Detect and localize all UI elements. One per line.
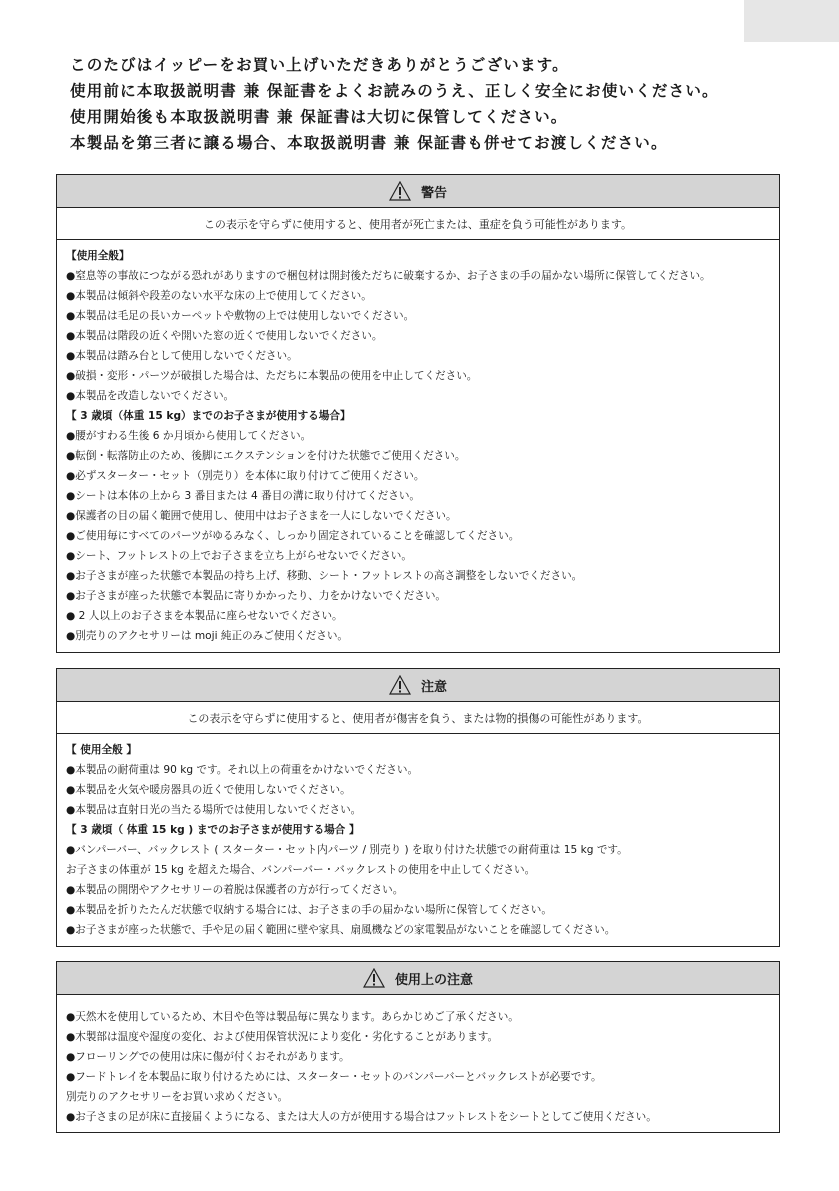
warning-triangle-icon — [389, 181, 411, 201]
list-item: ●フードトレイを本製品に取り付けるためには、スターター・セットのバンパーバーとバ… — [66, 1067, 779, 1087]
warning-header: 警告 — [57, 175, 779, 208]
list-item: ●本製品を改造しないでください。 — [66, 386, 779, 406]
list-item: ●本製品は毛足の長いカーペットや敷物の上では使用しないでください。 — [66, 306, 779, 326]
list-item: ●本製品の耐荷重は 90 kg です。それ以上の荷重をかけないでください。 — [66, 760, 779, 780]
list-item: ●本製品は傾斜や段差のない水平な床の上で使用してください。 — [66, 286, 779, 306]
list-item: ●転倒・転落防止のため、後脚にエクステンションを付けた状態でご使用ください。 — [66, 446, 779, 466]
list-item: ● 2 人以上のお子さまを本製品に座らせないでください。 — [66, 606, 779, 626]
list-item: ●本製品の開閉やアクセサリーの着脱は保護者の方が行ってください。 — [66, 880, 779, 900]
caution-subtitle: この表示を守らずに使用すると、使用者が傷害を負う、または物的損傷の可能性がありま… — [57, 702, 779, 734]
list-item: ●本製品は踏み台として使用しないでください。 — [66, 346, 779, 366]
warning-subtitle: この表示を守らずに使用すると、使用者が死亡または、重症を負う可能性があります。 — [57, 208, 779, 240]
list-item: ●ご使用毎にすべてのパーツがゆるみなく、しっかり固定されていることを確認してくだ… — [66, 526, 779, 546]
list-item: ●保護者の目の届く範囲で使用し、使用中はお子さまを一人にしないでください。 — [66, 506, 779, 526]
section-heading: 【 使用全般 】 — [66, 740, 779, 760]
warning-body: 【使用全般】●窒息等の事故につながる恐れがありますので梱包材は開封後ただちに破棄… — [57, 240, 779, 646]
intro-line: 使用前に本取扱説明書 兼 保証書をよくお読みのうえ、正しく安全にお使いください。 — [70, 78, 810, 104]
list-item: ●バンパーバー、バックレスト ( スターター・セット内パーツ / 別売り ) を… — [66, 840, 779, 860]
list-item: ●お子さまが座った状態で本製品の持ち上げ、移動、シート・フットレストの高さ調整を… — [66, 566, 779, 586]
section-heading: 【使用全般】 — [66, 246, 779, 266]
usage-notes-body: ●天然木を使用しているため、木目や色等は製品毎に異なります。あらかじめご了承くだ… — [57, 995, 779, 1127]
page-corner-tab — [744, 0, 839, 42]
warning-title: 警告 — [421, 182, 447, 201]
caution-box: 注意 この表示を守らずに使用すると、使用者が傷害を負う、または物的損傷の可能性が… — [56, 668, 780, 947]
section-heading: 【 3 歳頃（体重 15 kg）までのお子さまが使用する場合】 — [66, 406, 779, 426]
warning-triangle-icon — [363, 968, 385, 988]
usage-notes-box: 使用上の注意 ●天然木を使用しているため、木目や色等は製品毎に異なります。あらか… — [56, 961, 780, 1133]
list-item: ●破損・変形・パーツが破損した場合は、ただちに本製品の使用を中止してください。 — [66, 366, 779, 386]
caution-body: 【 使用全般 】●本製品の耐荷重は 90 kg です。それ以上の荷重をかけないで… — [57, 734, 779, 940]
list-item: ●シートは本体の上から 3 番目または 4 番目の溝に取り付けてください。 — [66, 486, 779, 506]
warning-triangle-icon — [389, 675, 411, 695]
intro-line: このたびはイッピーをお買い上げいただきありがとうございます。 — [70, 52, 810, 78]
list-item: ●必ずスターター・セット（別売り）を本体に取り付けてご使用ください。 — [66, 466, 779, 486]
list-item: ●本製品は階段の近くや開いた窓の近くで使用しないでください。 — [66, 326, 779, 346]
list-item: ●シート、フットレストの上でお子さまを立ち上がらせないでください。 — [66, 546, 779, 566]
list-item: ●天然木を使用しているため、木目や色等は製品毎に異なります。あらかじめご了承くだ… — [66, 1007, 779, 1027]
caution-title: 注意 — [421, 676, 447, 695]
list-item: お子さまの体重が 15 kg を超えた場合、バンパーバー・バックレストの使用を中… — [66, 860, 779, 880]
list-item: ●別売りのアクセサリーは moji 純正のみご使用ください。 — [66, 626, 779, 646]
list-item: ●フローリングでの使用は床に傷が付くおそれがあります。 — [66, 1047, 779, 1067]
list-item: ●お子さまが座った状態で本製品に寄りかかったり、力をかけないでください。 — [66, 586, 779, 606]
list-item: ●腰がすわる生後 6 か月頃から使用してください。 — [66, 426, 779, 446]
warning-box: 警告 この表示を守らずに使用すると、使用者が死亡または、重症を負う可能性がありま… — [56, 174, 780, 653]
usage-notes-title: 使用上の注意 — [395, 969, 473, 988]
list-item: ●お子さまが座った状態で、手や足の届く範囲に壁や家具、扇風機などの家電製品がない… — [66, 920, 779, 940]
list-item: ●本製品は直射日光の当たる場所では使用しないでください。 — [66, 800, 779, 820]
section-heading: 【 3 歳頃（ 体重 15 kg ) までのお子さまが使用する場合 】 — [66, 820, 779, 840]
list-item: ●木製部は温度や湿度の変化、および使用保管状況により変化・劣化することがあります… — [66, 1027, 779, 1047]
list-item: ●本製品を火気や暖房器具の近くで使用しないでください。 — [66, 780, 779, 800]
intro-line: 使用開始後も本取扱説明書 兼 保証書は大切に保管してください。 — [70, 104, 810, 130]
list-item: ●窒息等の事故につながる恐れがありますので梱包材は開封後ただちに破棄するか、お子… — [66, 266, 779, 286]
list-item: ●本製品を折りたたんだ状態で収納する場合には、お子さまの手の届かない場所に保管し… — [66, 900, 779, 920]
caution-header: 注意 — [57, 669, 779, 702]
list-item: 別売りのアクセサリーをお買い求めください。 — [66, 1087, 779, 1107]
usage-notes-header: 使用上の注意 — [57, 962, 779, 995]
intro-line: 本製品を第三者に譲る場合、本取扱説明書 兼 保証書も併せてお渡しください。 — [70, 130, 810, 156]
list-item: ●お子さまの足が床に直接届くようになる、または大人の方が使用する場合はフットレス… — [66, 1107, 779, 1127]
intro-text: このたびはイッピーをお買い上げいただきありがとうございます。 使用前に本取扱説明… — [70, 52, 810, 156]
